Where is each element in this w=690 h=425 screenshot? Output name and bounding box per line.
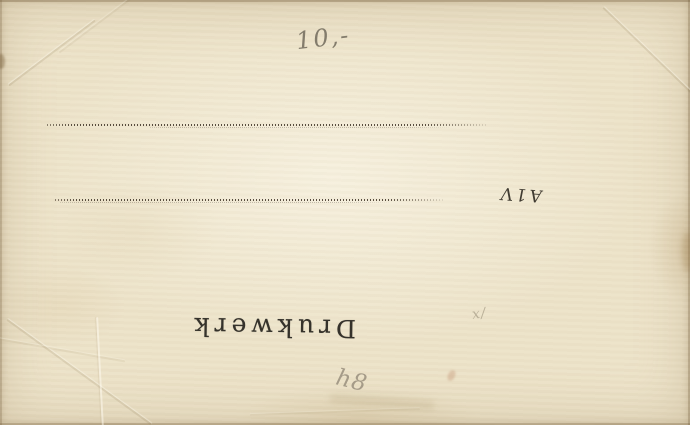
crease-top-left (8, 20, 95, 87)
address-dotted-line-1 (47, 124, 487, 126)
crease-bottom-left-3 (96, 317, 104, 425)
postcard-back: 10,- A1V Drukwerk x/ h8 (0, 0, 690, 425)
pencil-note: h8 (333, 365, 370, 398)
paper-grain-texture (0, 0, 690, 425)
faint-x-mark: x/ (471, 305, 488, 323)
paper-edge-top (0, 0, 690, 2)
address-dotted-line-1-echo (150, 127, 450, 128)
code-mark: A1V (490, 182, 550, 206)
handwritten-price: 10,- (294, 21, 351, 55)
address-dotted-line-2 (55, 199, 443, 201)
right-edge-stain (682, 232, 690, 272)
crease-top-right (602, 7, 690, 93)
crease-bottom-center (250, 408, 420, 416)
address-dotted-line-2-echo (60, 202, 390, 203)
left-edge-nick (0, 54, 5, 69)
paper-speck (446, 369, 456, 382)
crease-bottom-left (6, 319, 151, 425)
crease-top-left-2 (59, 0, 134, 53)
pencil-smudge (330, 393, 434, 410)
drukwerk-label: Drukwerk (196, 312, 356, 343)
